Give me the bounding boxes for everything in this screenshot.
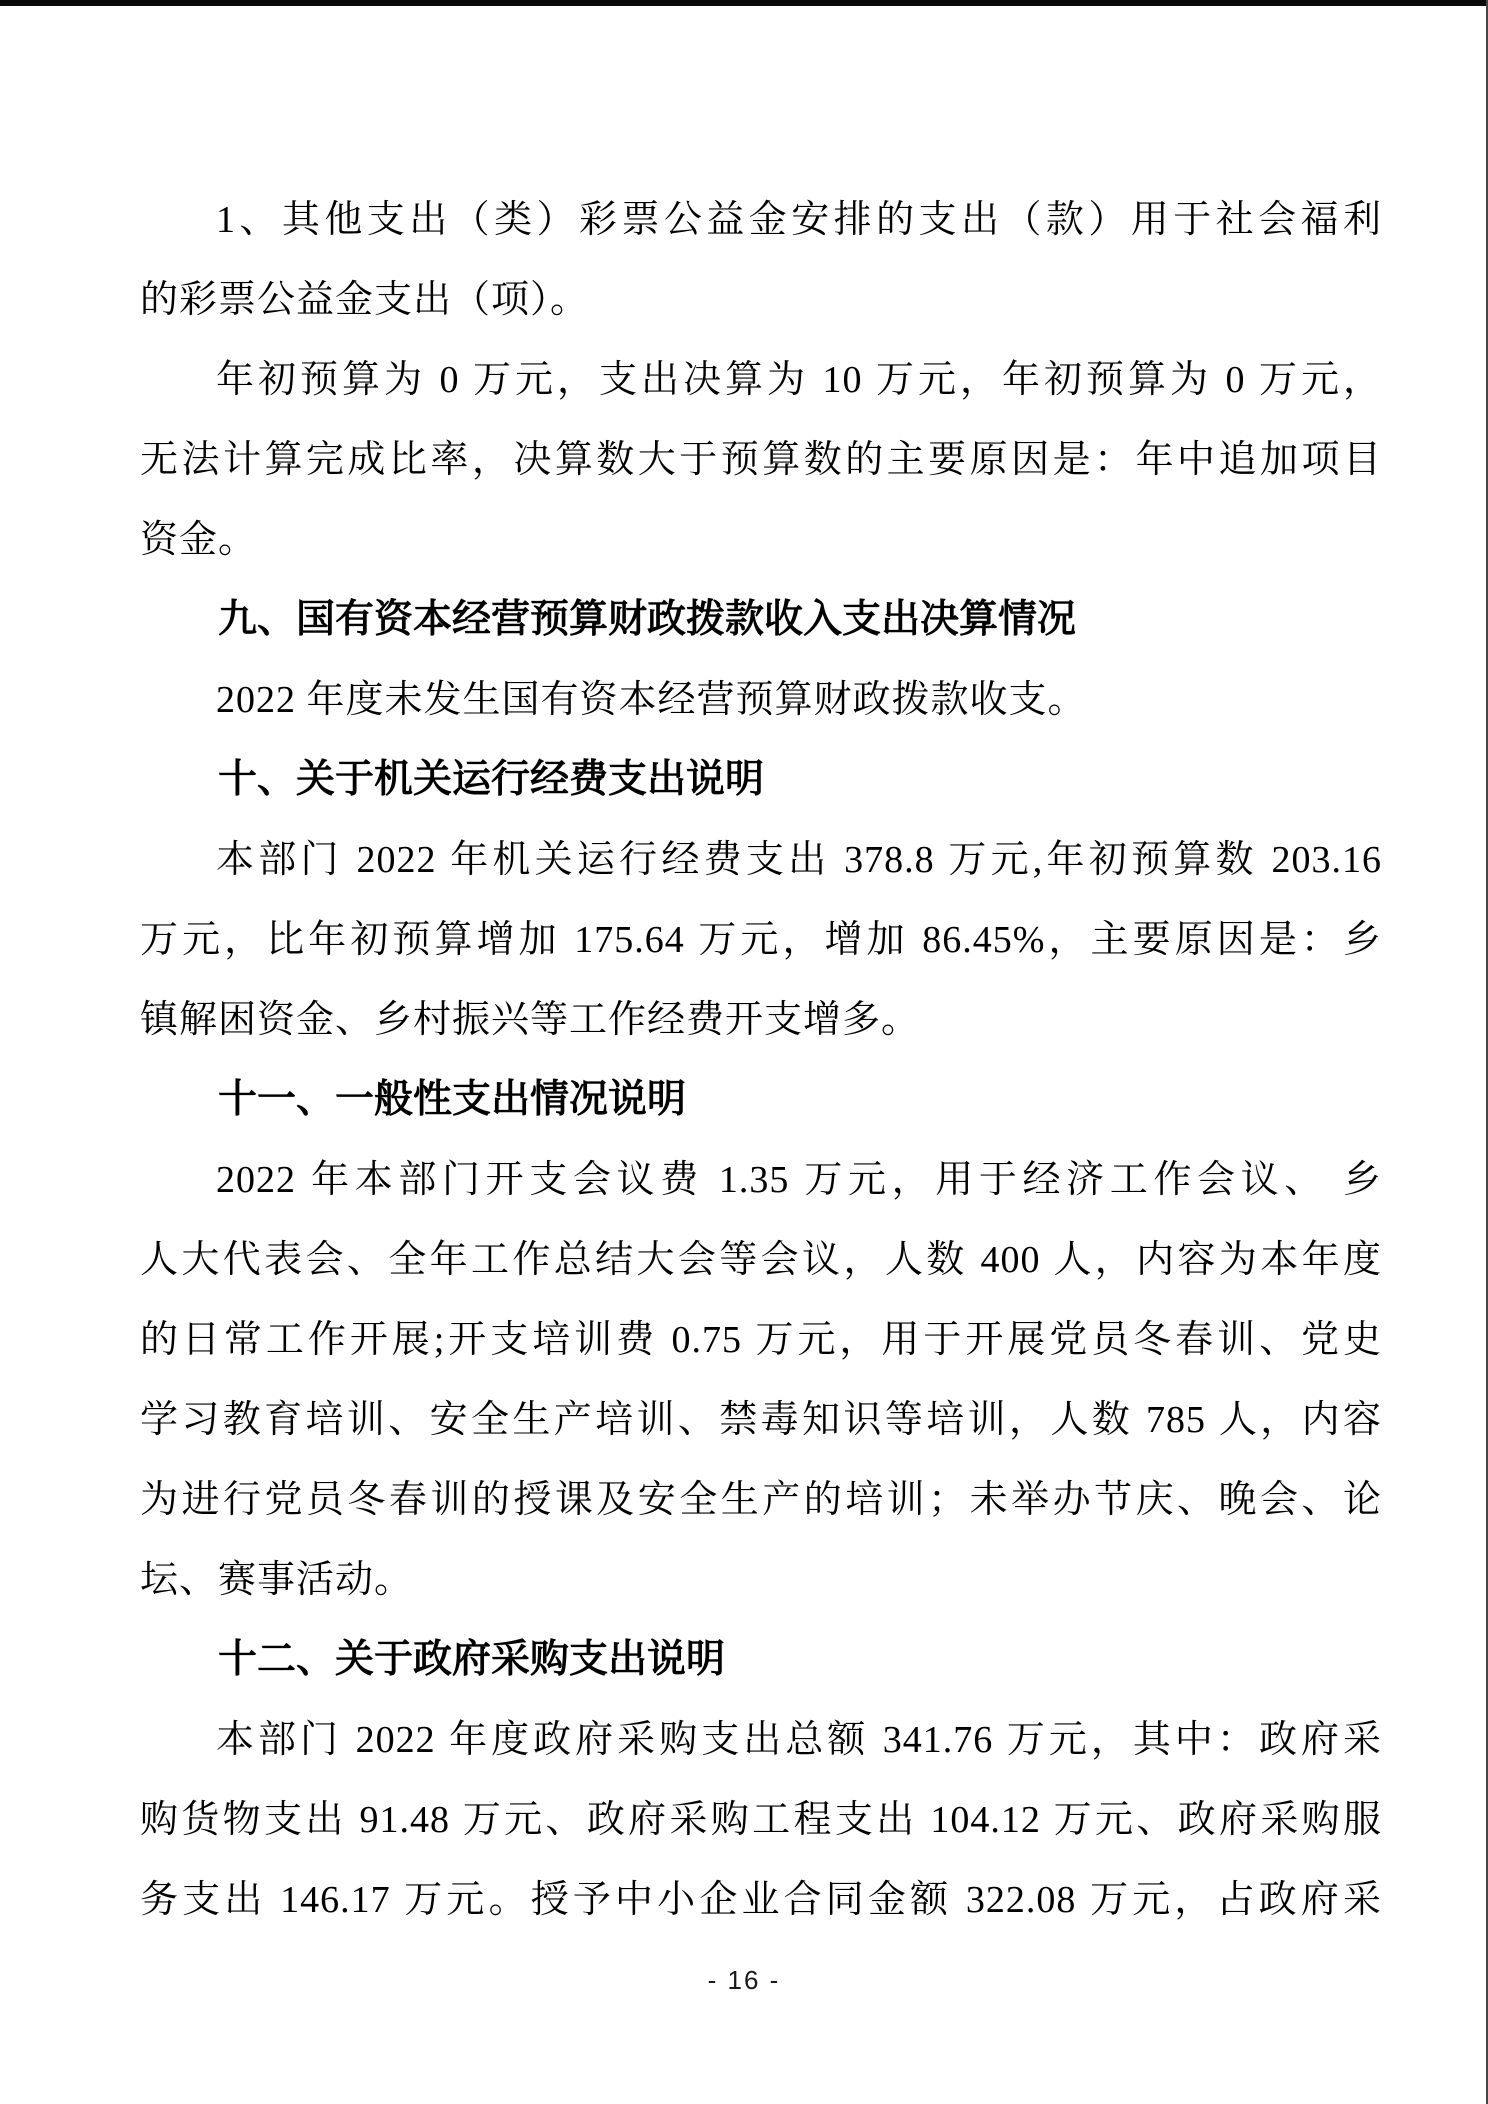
body-line: 务支出 146.17 万元。授予中小企业合同金额 322.08 万元，占政府采 [140, 1860, 1382, 1940]
paragraph: 本部门 2022 年度政府采购支出总额 341.76 万元，其中：政府采购货物支… [140, 1700, 1382, 1940]
body-line: 本部门 2022 年机关运行经费支出 378.8 万元,年初预算数 203.16 [140, 820, 1382, 900]
body-line: 人大代表会、全年工作总结大会等会议，人数 400 人，内容为本年度 [140, 1220, 1382, 1300]
body-line: 的日常工作开展;开支培训费 0.75 万元，用于开展党员冬春训、党史 [140, 1300, 1382, 1380]
body-line: 学习教育培训、安全生产培训、禁毒知识等培训，人数 785 人，内容 [140, 1380, 1382, 1460]
body-line: 购货物支出 91.48 万元、政府采购工程支出 104.12 万元、政府采购服 [140, 1780, 1382, 1860]
heading-line: 十二、关于政府采购支出说明 [140, 1620, 1382, 1700]
body-line: 万元，比年初预算增加 175.64 万元，增加 86.45%，主要原因是：乡 [140, 900, 1382, 980]
body-line: 资金。 [140, 500, 1382, 580]
paragraph: 1、其他支出（类）彩票公益金安排的支出（款）用于社会福利的彩票公益金支出（项）。 [140, 180, 1382, 340]
document-body: 1、其他支出（类）彩票公益金安排的支出（款）用于社会福利的彩票公益金支出（项）。… [140, 180, 1382, 1940]
section-heading: 十二、关于政府采购支出说明 [140, 1620, 1382, 1700]
body-line: 年初预算为 0 万元，支出决算为 10 万元，年初预算为 0 万元， [140, 340, 1382, 420]
top-border [0, 0, 1488, 6]
body-line: 为进行党员冬春训的授课及安全生产的培训；未举办节庆、晚会、论 [140, 1460, 1382, 1540]
body-line: 镇解困资金、乡村振兴等工作经费开支增多。 [140, 980, 1382, 1060]
body-line: 2022 年度未发生国有资本经营预算财政拨款收支。 [140, 660, 1382, 740]
document-page: 1、其他支出（类）彩票公益金安排的支出（款）用于社会福利的彩票公益金支出（项）。… [0, 0, 1488, 2104]
body-line: 坛、赛事活动。 [140, 1540, 1382, 1620]
body-line: 本部门 2022 年度政府采购支出总额 341.76 万元，其中：政府采 [140, 1700, 1382, 1780]
section-heading: 十一、一般性支出情况说明 [140, 1060, 1382, 1140]
body-line: 1、其他支出（类）彩票公益金安排的支出（款）用于社会福利 [140, 180, 1382, 260]
heading-line: 十、关于机关运行经费支出说明 [140, 740, 1382, 820]
body-line: 的彩票公益金支出（项）。 [140, 260, 1382, 340]
section-heading: 十、关于机关运行经费支出说明 [140, 740, 1382, 820]
paragraph: 2022 年本部门开支会议费 1.35 万元，用于经济工作会议、 乡人大代表会、… [140, 1140, 1382, 1620]
paragraph: 2022 年度未发生国有资本经营预算财政拨款收支。 [140, 660, 1382, 740]
body-line: 无法计算完成比率，决算数大于预算数的主要原因是：年中追加项目 [140, 420, 1382, 500]
paragraph: 年初预算为 0 万元，支出决算为 10 万元，年初预算为 0 万元，无法计算完成… [140, 340, 1382, 580]
page-number: - 16 - [0, 1956, 1488, 2004]
body-line: 2022 年本部门开支会议费 1.35 万元，用于经济工作会议、 乡 [140, 1140, 1382, 1220]
paragraph: 本部门 2022 年机关运行经费支出 378.8 万元,年初预算数 203.16… [140, 820, 1382, 1060]
heading-line: 十一、一般性支出情况说明 [140, 1060, 1382, 1140]
heading-line: 九、国有资本经营预算财政拨款收入支出决算情况 [140, 580, 1382, 660]
section-heading: 九、国有资本经营预算财政拨款收入支出决算情况 [140, 580, 1382, 660]
